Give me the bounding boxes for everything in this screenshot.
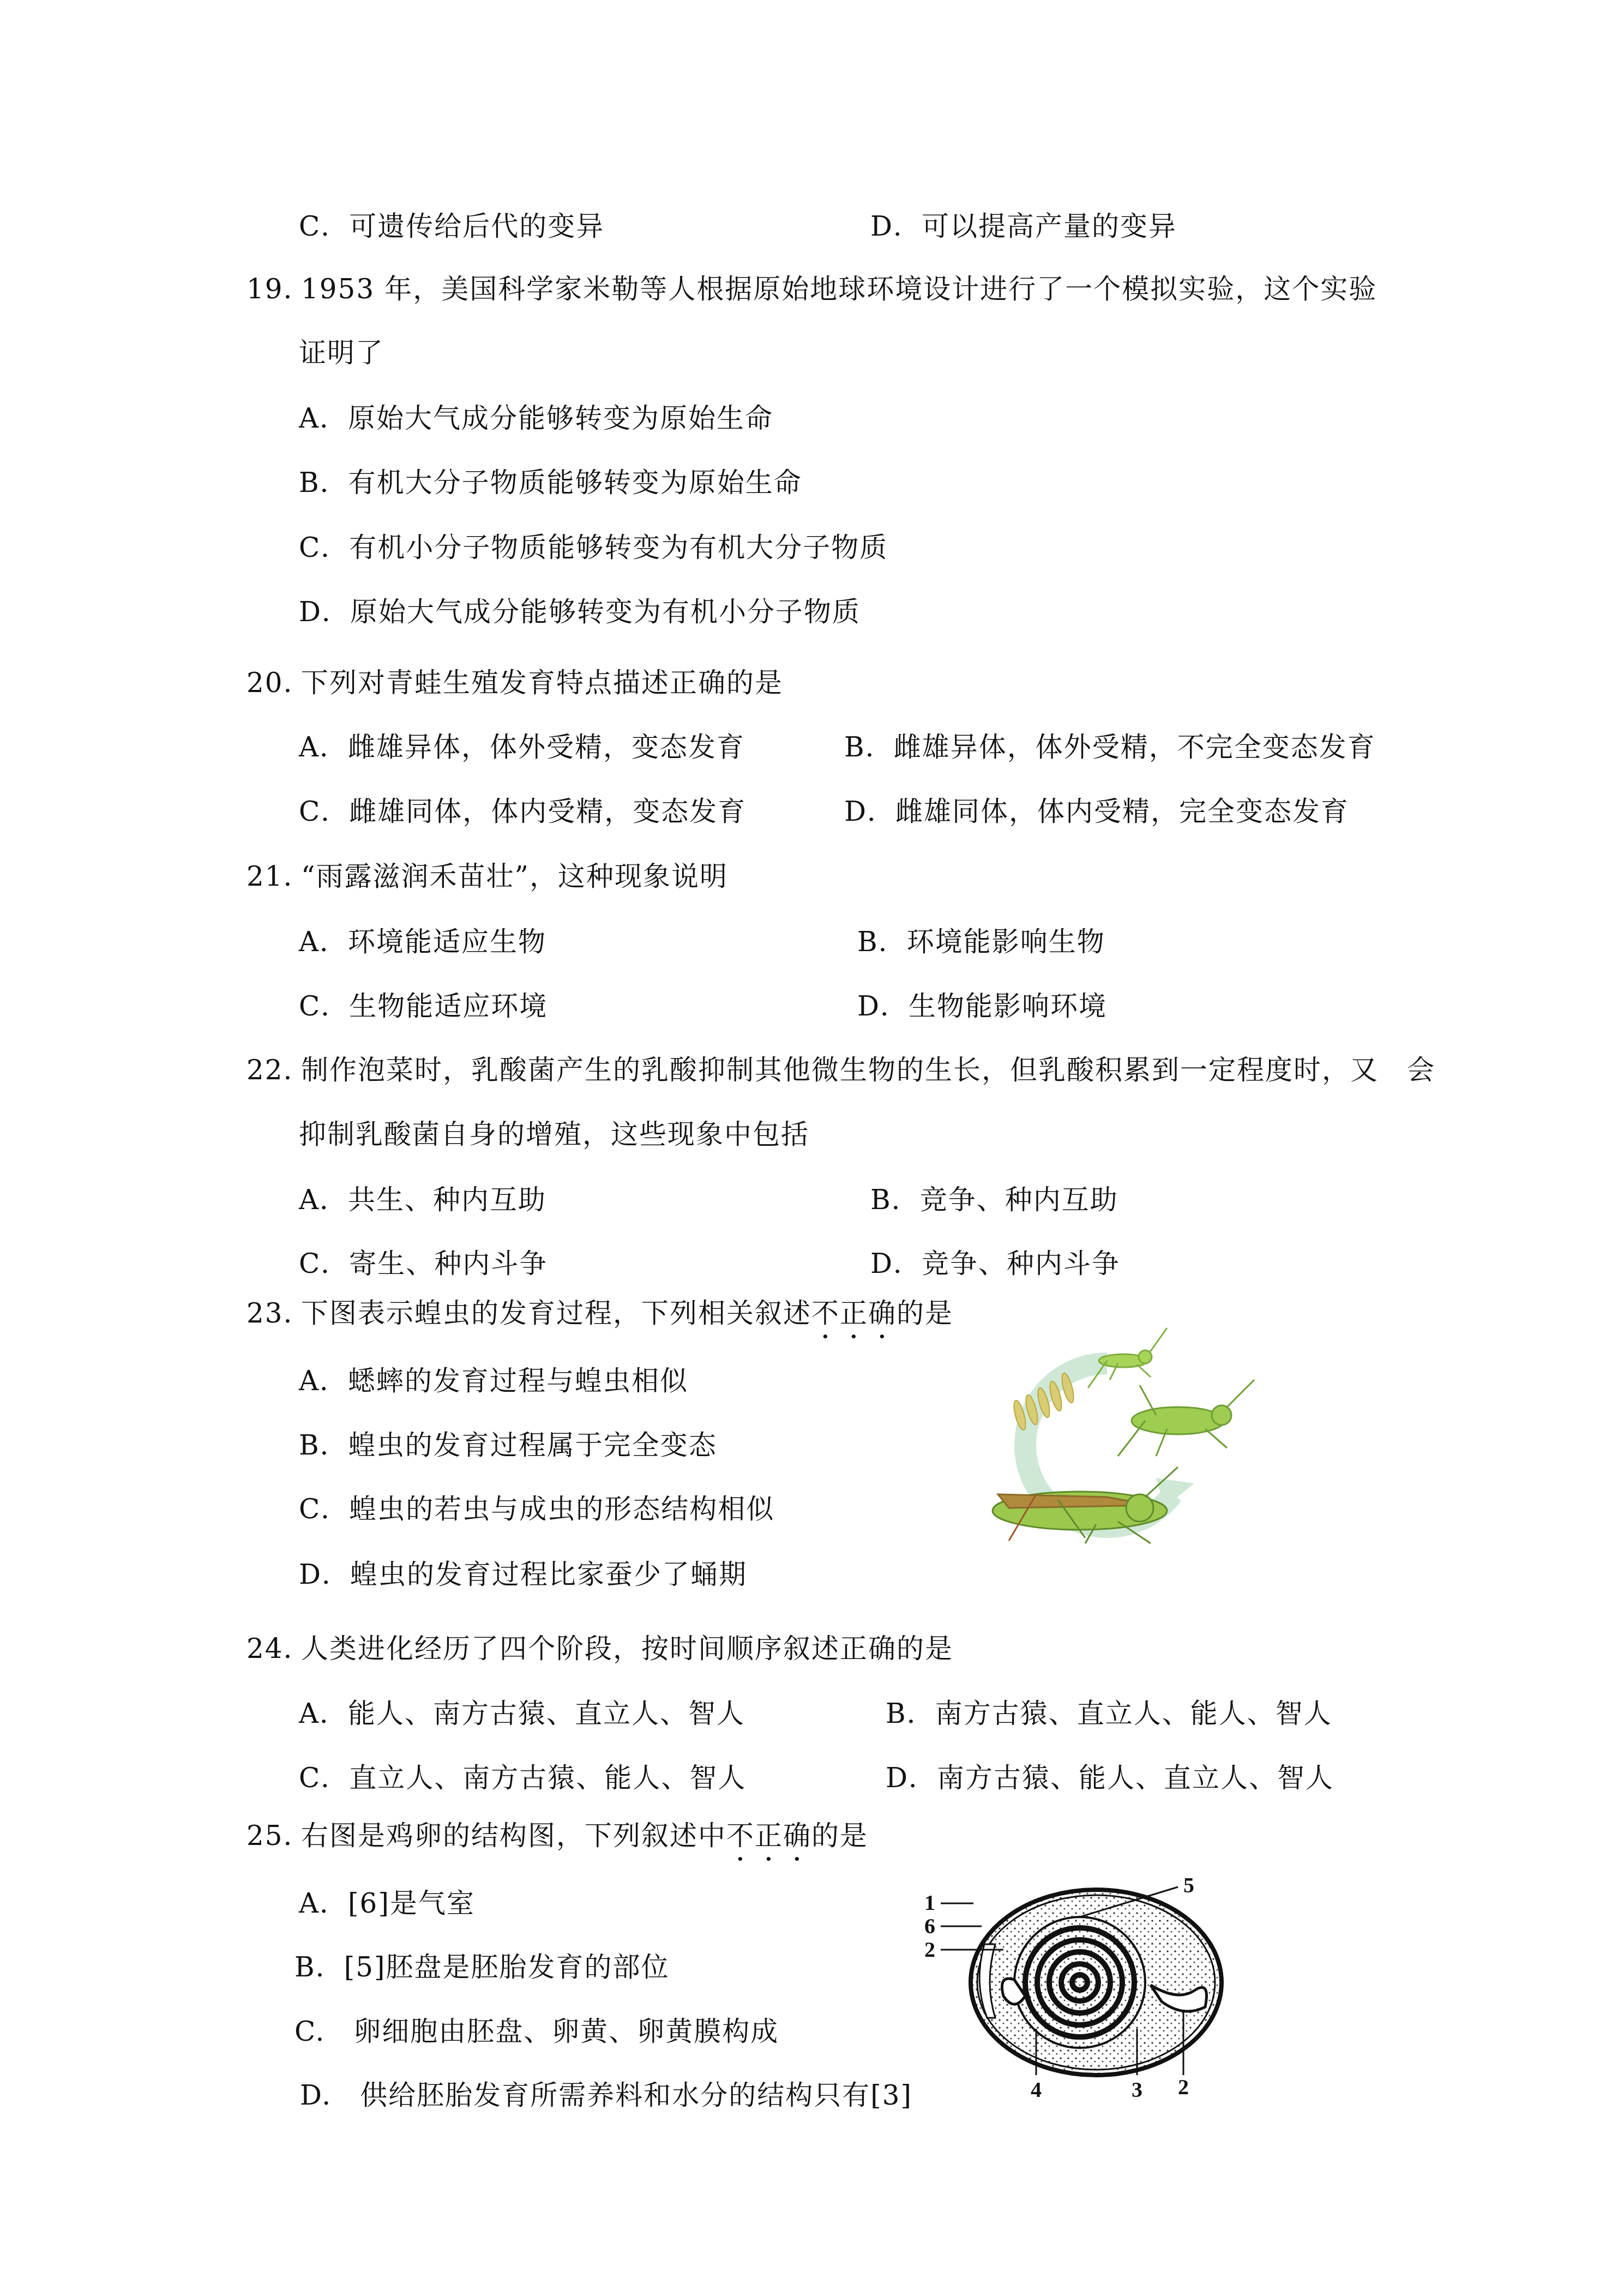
question-19-option-c: C．有机小分子物质能够转变为有机大分子物质: [299, 531, 888, 564]
question-25-option-d: D. 供给胚胎发育所需养料和水分的结构只有[3]: [300, 2079, 912, 2112]
question-23-stem: 23.下图表示蝗虫的发育过程，下列相关叙述不正确的是: [246, 1297, 953, 1345]
question-25-option-b: B．[5]胚盘是胚胎发育的部位: [294, 1951, 670, 1984]
egg-label-5: 5: [1183, 1873, 1194, 1897]
question-22-option-d: D．竞争、种内斗争: [870, 1247, 1120, 1280]
question-21-option-b: B．环境能影响生物: [857, 925, 1105, 958]
question-20-option-d: D．雌雄同体，体内受精，完全变态发育: [844, 795, 1349, 828]
prev-option-d: D．可以提高产量的变异: [870, 210, 1177, 243]
locust-life-cycle-figure: [976, 1320, 1271, 1549]
question-21-option-a: A．环境能适应生物: [299, 925, 546, 958]
egg-label-6: 6: [924, 1914, 935, 1938]
emphasis-text: 不正确: [811, 1297, 897, 1329]
question-24-stem: 24.人类进化经历了四个阶段，按时间顺序叙述正确的是: [246, 1632, 953, 1665]
locust-life-cycle-icon: [976, 1320, 1271, 1549]
question-21-stem: 21.“雨露滋润禾苗壮”，这种现象说明: [246, 860, 728, 893]
question-25-option-c: C. 卵细胞由胚盘、卵黄、卵黄膜构成: [294, 2015, 779, 2048]
egg-structure-figure: 1 6 2 5 4 3 2: [922, 1865, 1260, 2100]
question-20-option-b: B．雌雄异体，体外受精，不完全变态发育: [844, 731, 1376, 764]
question-24-option-c: C．直立人、南方古猿、能人、智人: [299, 1762, 746, 1794]
question-22-stem: 22.制作泡菜时，乳酸菌产生的乳酸抑制其他微生物的生长，但乳酸积累到一定程度时，…: [246, 1054, 1435, 1086]
question-22-option-b: B．竞争、种内互助: [870, 1183, 1118, 1216]
question-24-option-a: A．能人、南方古猿、直立人、智人: [299, 1697, 745, 1730]
egg-label-2-left: 2: [924, 1937, 935, 1962]
question-25-option-a: A．[6]是气室: [299, 1887, 475, 1920]
egg-label-4: 4: [1031, 2077, 1042, 2100]
question-24-option-b: B．南方古猿、直立人、能人、智人: [886, 1697, 1332, 1730]
question-23-option-c: C．蝗虫的若虫与成虫的形态结构相似: [299, 1493, 774, 1525]
question-number: 19.: [246, 273, 301, 305]
egg-label-1: 1: [924, 1890, 935, 1915]
question-number: 21.: [246, 860, 301, 893]
question-19-option-d: D．原始大气成分能够转变为有机小分子物质: [299, 596, 861, 628]
question-22-stem-cont: 抑制乳酸菌自身的增殖，这些现象中包括: [299, 1118, 809, 1151]
egg-structure-diagram-icon: 1 6 2 5 4 3 2: [922, 1865, 1260, 2100]
question-22-option-c: C．寄生、种内斗争: [299, 1247, 548, 1280]
question-21-option-c: C．生物能适应环境: [299, 990, 548, 1023]
egg-label-3: 3: [1132, 2077, 1142, 2100]
egg-label-2-right: 2: [1178, 2075, 1189, 2099]
question-number: 23.: [246, 1297, 301, 1330]
question-19-stem: 19.1953 年，美国科学家米勒等人根据原始地球环境设计进行了一个模拟实验，这…: [246, 273, 1377, 305]
question-19-option-a: A．原始大气成分能够转变为原始生命: [299, 402, 773, 435]
emphasis-text: 不正确: [726, 1820, 811, 1852]
question-20-option-a: A．雌雄异体，体外受精，变态发育: [299, 731, 745, 764]
question-22-option-a: A．共生、种内互助: [299, 1183, 546, 1216]
question-number: 24.: [246, 1632, 301, 1665]
question-19-option-b: B．有机大分子物质能够转变为原始生命: [299, 466, 802, 499]
question-number: 20.: [246, 666, 301, 699]
question-number: 22.: [246, 1054, 301, 1086]
prev-option-c: C．可遗传给后代的变异: [299, 210, 604, 243]
question-20-option-c: C．雌雄同体，体内受精，变态发育: [299, 795, 746, 828]
question-23-option-b: B．蝗虫的发育过程属于完全变态: [299, 1429, 717, 1462]
question-23-option-d: D．蝗虫的发育过程比家蚕少了蛹期: [299, 1558, 747, 1591]
question-number: 25.: [246, 1819, 301, 1852]
question-19-stem-cont: 证明了: [299, 336, 384, 369]
question-25-stem: 25.右图是鸡卵的结构图，下列叙述中不正确的是: [246, 1819, 868, 1867]
question-21-option-d: D．生物能影响环境: [857, 990, 1107, 1023]
question-23-option-a: A．蟋蟀的发育过程与蝗虫相似: [299, 1365, 688, 1397]
question-24-option-d: D．南方古猿、能人、直立人、智人: [886, 1762, 1334, 1794]
question-20-stem: 20.下列对青蛙生殖发育特点描述正确的是: [246, 666, 783, 699]
